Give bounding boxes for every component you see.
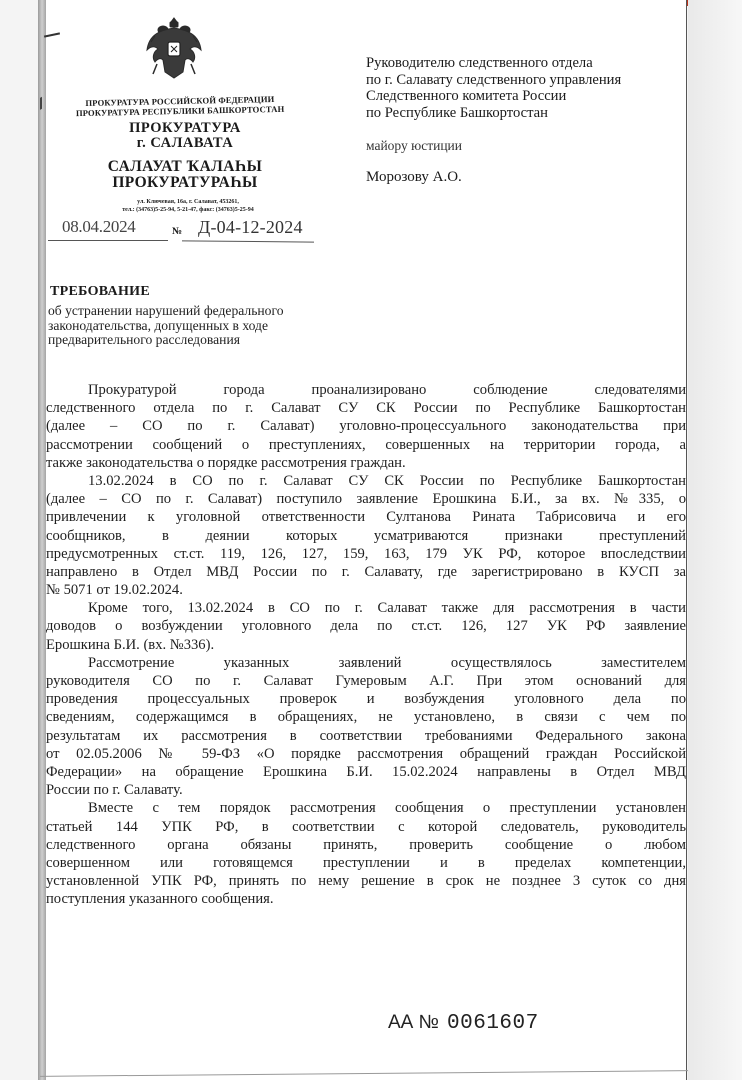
body-line: Вместе с тем порядок рассмотрения сообще… [46,799,686,817]
subtitle-line: законодательства, допущенных в ходе [48,319,378,334]
body-line: Кроме того, 13.02.2024 в СО по г. Салава… [46,599,686,617]
document-body: Прокуратурой города проанализировано соб… [46,381,686,908]
body-paragraph: Прокуратурой города проанализировано соб… [46,381,686,472]
body-line: России по г. Салавату. [46,781,686,799]
body-line: Федерации» на обращение Ерошкина Б.И. 15… [46,763,686,781]
body-line: Ерошкина Б.И. (вх. №336). [46,636,686,654]
body-paragraph: Рассмотрение указанных заявлений осущест… [46,654,686,800]
body-line: результатам их рассмотрения в соответств… [46,727,686,745]
org-title-line: САЛАУАТ ҠАЛАҺЫ [75,159,295,175]
issuing-authority-address: ул. Ключевая, 16а, г. Салават, 453261, т… [68,198,308,214]
address-line: ул. Ключевая, 16а, г. Салават, 453261, [68,198,308,206]
body-paragraph: 13.02.2024 в СО по г. Салават СУ СК Росс… [46,472,686,599]
body-line: предусмотренных ст.ст. 119, 126, 127, 15… [46,545,686,563]
body-line: следственного отдела по г. Салават СУ СК… [46,399,686,417]
addressee-name: Морозову А.О. [366,169,696,186]
body-line: сообщников, в деянии которых усматривают… [46,527,686,545]
body-line: 13.02.2024 в СО по г. Салават СУ СК Росс… [46,472,686,490]
addressee-line: по Республике Башкортостан [366,105,696,122]
document-title: ТРЕБОВАНИЕ [50,284,150,300]
serial-number: 0061607 [447,1012,539,1035]
body-line: руководителя СО по г. Салават Гумеровым … [46,672,686,690]
body-line: привлечении к уголовной ответственности … [46,508,686,526]
body-line: сведениям, содержащимся в обращениях, не… [46,708,686,726]
document-number: Д-04-12-2024 [198,217,303,238]
body-line: проведения процессуальных проверок и воз… [46,690,686,708]
addressee-line: Следственного комитета России [366,88,696,105]
document-date: 08.04.2024 [62,217,136,237]
body-line: поступления указанного сообщения. [46,890,686,908]
addressee-block: Руководителю следственного отдела по г. … [366,55,696,185]
document-subtitle: об устранении нарушений федерального зак… [48,304,378,348]
body-paragraph: Вместе с тем порядок рассмотрения сообще… [46,799,686,908]
body-line: (далее – СО по г. Салават) поступило зая… [46,490,686,508]
coat-of-arms-icon [143,16,205,82]
body-line: установленной УПК РФ, принять по нему ре… [46,872,686,890]
body-line: рассмотрении сообщений о преступлениях, … [46,436,686,454]
serial-prefix: АА № [388,1012,439,1033]
subtitle-line: предварительного расследования [48,333,378,348]
body-paragraph: Кроме того, 13.02.2024 в СО по г. Салава… [46,599,686,654]
body-line: статьей 144 УПК РФ, в соответствии с кот… [46,818,686,836]
org-title-line: ПРОКУРАТУРАҺЫ [75,175,295,191]
contacts-line: тел.: (34763)5-25-94, 5-21-47, факс: (34… [68,206,308,214]
body-line: следственного органа обязаны принять, пр… [46,836,686,854]
body-line: № 5071 от 19.02.2024. [46,581,686,599]
issuing-authority-title: ПРОКУРАТУРА г. САЛАВАТА [75,121,295,151]
body-line: (далее – СО по г. Салават) уголовно-проц… [46,417,686,435]
body-line: Рассмотрение указанных заявлений осущест… [46,654,686,672]
addressee-line: по г. Салавату следственного управления [366,72,696,89]
form-serial: АА №0061607 [388,1012,539,1035]
page-binding-edge [38,0,46,1080]
body-line: совершенном или готовящемся преступлении… [46,854,686,872]
org-title-line: г. САЛАВАТА [75,136,295,151]
org-title-line: ПРОКУРАТУРА [75,121,295,136]
body-line: Прокуратурой города проанализировано соб… [46,381,686,399]
body-line: от 02.05.2006 № 59-ФЗ «О порядке рассмот… [46,745,686,763]
addressee-rank: майору юстиции [366,138,696,155]
issuing-authority-title-bashkir: САЛАУАТ ҠАЛАҺЫ ПРОКУРАТУРАҺЫ [75,159,295,191]
body-line: направлено в Отдел МВД России по г. Сала… [46,563,686,581]
body-line: доводов о возбуждении уголовного дела по… [46,617,686,635]
subtitle-line: об устранении нарушений федерального [48,304,378,319]
body-line: также законодательства о порядке рассмот… [46,454,686,472]
addressee-line: Руководителю следственного отдела [366,55,696,72]
background-surface [688,0,742,1080]
number-sign: № [172,226,182,237]
date-underline [48,240,168,241]
